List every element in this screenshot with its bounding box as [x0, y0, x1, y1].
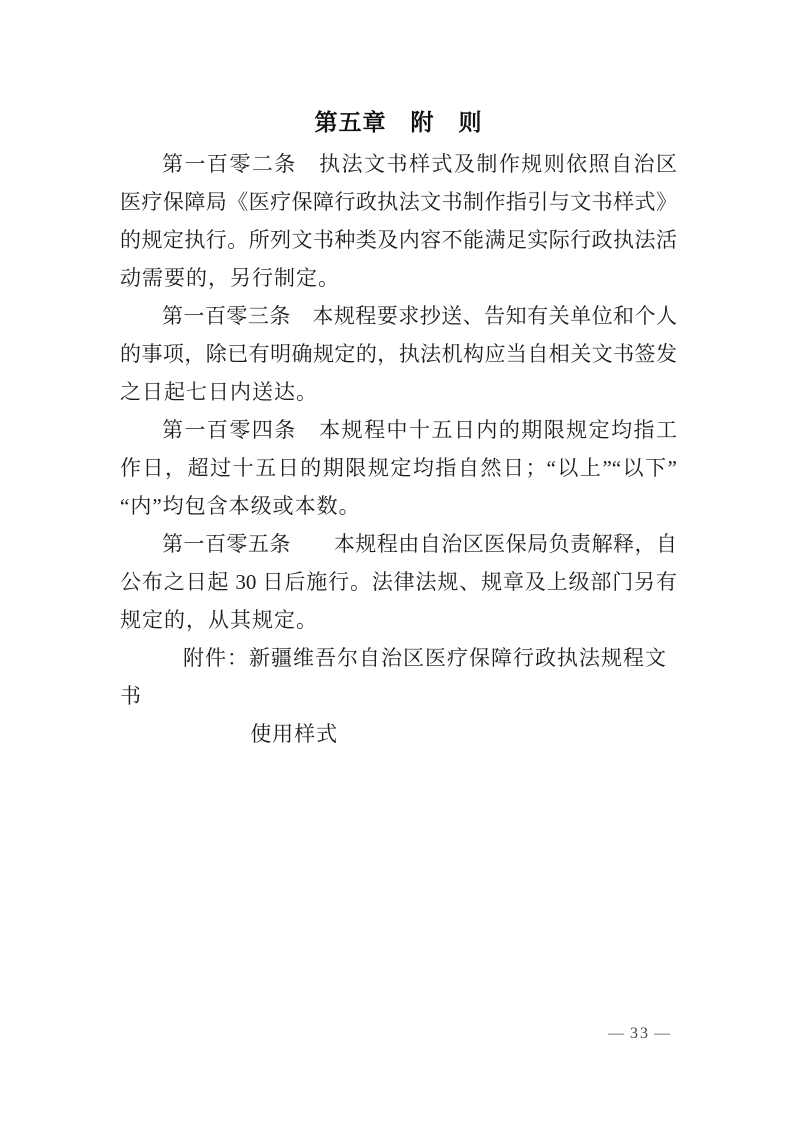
text-line: 附件：新疆维吾尔自治区医疗保障行政执法规程文书: [120, 639, 677, 715]
chapter-title: 第五章 附 则: [120, 102, 677, 142]
text-line: 第一百零五条 本规程由自治区医保局负责解释，自: [120, 525, 677, 563]
text-line: 第一百零二条 执法文书样式及制作规则依照自治区: [120, 145, 677, 183]
text-line: 第一百零三条 本规程要求抄送、告知有关单位和个人: [120, 297, 677, 335]
document-body: 第一百零二条 执法文书样式及制作规则依照自治区医疗保障局《医疗保障行政执法文书制…: [120, 145, 677, 753]
text-line: 使用样式: [120, 715, 677, 753]
footer-dash-left: —: [608, 1025, 626, 1042]
text-line: 动需要的，另行制定。: [120, 259, 677, 297]
document-page: 第五章 附 则 第一百零二条 执法文书样式及制作规则依照自治区医疗保障局《医疗保…: [0, 0, 793, 1122]
text-line: 第一百零四条 本规程中十五日内的期限规定均指工: [120, 411, 677, 449]
document-content: 第五章 附 则 第一百零二条 执法文书样式及制作规则依照自治区医疗保障局《医疗保…: [120, 102, 677, 753]
text-line: 作日，超过十五日的期限规定均指自然日；“以上”“以下”: [120, 449, 677, 487]
footer-dash-right: —: [654, 1025, 672, 1042]
text-line: 的规定执行。所列文书种类及内容不能满足实际行政执法活: [120, 221, 677, 259]
text-line: “内”均包含本级或本数。: [120, 487, 677, 525]
text-line: 公布之日起 30 日后施行。法律法规、规章及上级部门另有: [120, 563, 677, 601]
page-footer: —33—: [608, 1024, 672, 1044]
text-line: 医疗保障局《医疗保障行政执法文书制作指引与文书样式》: [120, 183, 677, 221]
text-line: 之日起七日内送达。: [120, 373, 677, 411]
text-line: 的事项，除已有明确规定的，执法机构应当自相关文书签发: [120, 335, 677, 373]
footer-page-number: 33: [626, 1025, 654, 1042]
text-line: 规定的，从其规定。: [120, 601, 677, 639]
